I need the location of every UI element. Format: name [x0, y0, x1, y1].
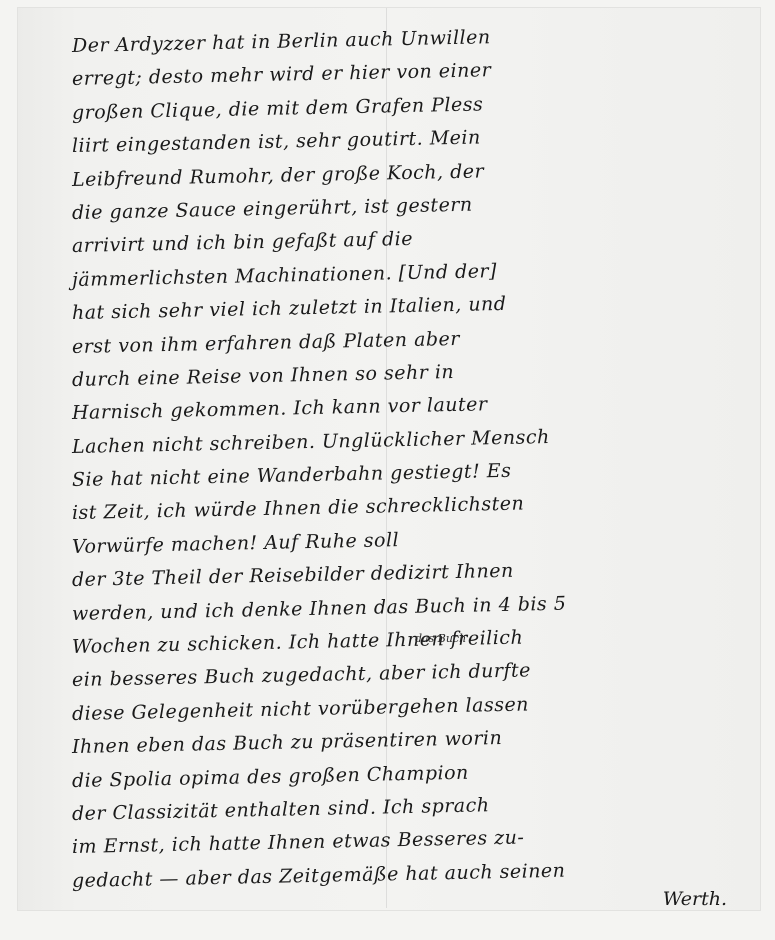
closing-word: Werth. [663, 888, 727, 910]
letter-body: Der Ardyzzer hat in Berlin auch Unwillen… [72, 30, 752, 898]
interlinear-insertion: das Buch [415, 632, 466, 645]
scanned-page: Der Ardyzzer hat in Berlin auch Unwillen… [0, 0, 775, 940]
